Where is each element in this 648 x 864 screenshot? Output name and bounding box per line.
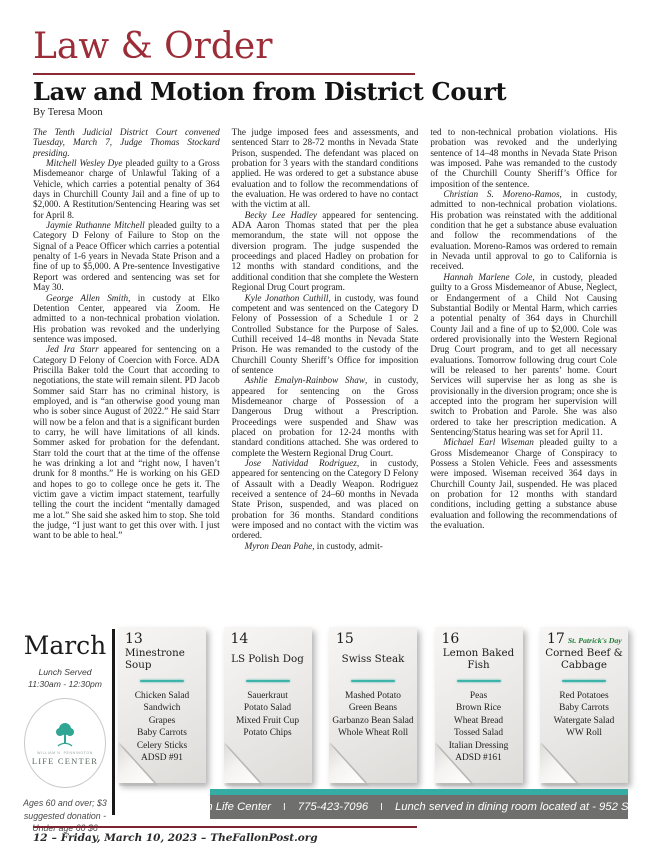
article-paragraph: Ashlie Emalyn-Rainbow Shaw, in custody, … [232,375,419,458]
defendant-name: Kyle Jonathon Cuthill [245,293,329,303]
ad-vertical-divider [112,629,115,815]
menu-item: Mashed Potato [332,690,414,702]
menu-item: Peas [438,690,520,702]
menu-items: SauerkrautPotato SaladMixed Fruit CupPot… [224,690,312,770]
contact-name: Pennington Life Center [155,801,271,813]
menu-item: Tossed Salad [438,727,520,739]
menu-card-header: 13 [118,627,206,647]
menu-item: Green Beans [332,702,414,714]
tree-icon [52,721,78,749]
defendant-name: Christian S. Moreno-Ramos [443,189,559,199]
defendant-name: Jaymie Ruthanne Mitchell [46,220,145,230]
menu-card-header: 14 [224,627,312,647]
menu-items: PeasBrown RiceWheat BreadTossed SaladIta… [435,690,523,794]
menu-items: Mashed PotatoGreen BeansGarbanzo Bean Sa… [329,690,417,770]
menu-item: Red Potatoes [543,690,625,702]
ad-pricing-note: Ages 60 and over; $3 suggested donation … [20,797,110,834]
menu-item: Brown Rice [438,702,520,714]
footer-rule [33,826,417,828]
menu-item: Chicken Salad Sandwich [121,690,203,715]
menu-card-header: 16 [435,627,523,647]
menu-item: Mixed Fruit Cup [227,715,309,727]
logo-small-text: WILLIAM N. PENNINGTON [37,751,93,755]
defendant-name: Hannah Marlene Cole [443,272,532,282]
article-paragraph: Jaymie Ruthanne Mitchell pleaded guilty … [33,220,220,292]
menu-item: WW Roll [543,727,625,739]
menu-card: 13Minestrone SoupChicken Salad SandwichG… [118,627,206,783]
defendant-name: Myron Dean Pahe [245,541,313,551]
menu-day-special: St. Patrick's Day [568,636,622,645]
defendant-name: Becky Lee Hadley [245,210,317,220]
menu-card: 16Lemon Baked FishPeasBrown RiceWheat Br… [435,627,523,783]
menu-card: 15Swiss SteakMashed PotatoGreen BeansGar… [329,627,417,783]
ad-month-title: March [20,631,110,660]
article-headline: Law and Motion from District Court [33,77,506,106]
article-column-2: The judge imposed fees and assessments, … [232,127,419,551]
menu-item: Sauerkraut [227,690,309,702]
menu-item: Italian Dressing [438,740,520,752]
article-paragraph: George Allen Smith, in custody at Elko D… [33,293,220,345]
article-paragraph: Kyle Jonathon Cuthill, in custody, was f… [232,293,419,376]
menu-item: ADSD #91 [121,752,203,764]
menu-item: ADSD #161 [438,752,520,764]
section-divider-rule [33,73,415,75]
menu-day-number: 14 [231,631,249,647]
life-center-logo: WILLIAM N. PENNINGTON Life Center [24,698,106,788]
newspaper-page: Law & Order Law and Motion from District… [0,0,648,864]
defendant-name: Ashlie Emalyn-Rainbow Shaw [245,375,365,385]
menu-cards: 13Minestrone SoupChicken Salad SandwichG… [118,627,628,787]
contact-separator: I [380,802,383,813]
menu-day-number: 13 [125,631,143,647]
contact-location: Lunch served in dining room located at -… [395,801,648,813]
defendant-name: George Allen Smith [46,293,128,303]
article-paragraph: Jed Ira Starr appeared for sentencing on… [33,344,220,541]
menu-card-divider [246,680,290,682]
menu-item: Baby Carrots [543,702,625,714]
logo-name: Life Center [32,756,98,766]
footer-page-number: 12 [33,832,48,844]
contact-separator: I [283,802,286,813]
lunch-menu-ad: March Lunch Served 11:30am - 12:30pm WIL… [20,627,628,819]
defendant-name: Michael Earl Wiseman [443,437,534,447]
menu-items: Red PotatoesBaby CarrotsWatergate SaladW… [540,690,628,770]
defendant-name: Mitchell Wesley Dye [46,158,122,168]
menu-day-title: Minestrone Soup [118,647,206,673]
menu-card-header: 17St. Patrick's Day [540,627,628,647]
ad-info-panel: March Lunch Served 11:30am - 12:30pm WIL… [20,627,110,819]
menu-item: Wheat Bread [438,715,520,727]
article-paragraph: The judge imposed fees and assessments, … [232,127,419,210]
contact-bar: Pennington Life Center I 775-423-7096 I … [210,795,628,819]
menu-card-divider [457,680,501,682]
menu-day-title: Lemon Baked Fish [435,647,523,673]
menu-card-divider [140,680,184,682]
menu-day-number: 15 [336,631,354,647]
menu-card-header: 15 [329,627,417,647]
menu-card: 14LS Polish DogSauerkrautPotato SaladMix… [224,627,312,783]
menu-item: Garbanzo Bean Salad [332,715,414,727]
menu-item: Celery Sticks [121,740,203,752]
footer-date: Friday, March 10, 2023 [61,832,197,844]
article-column-1: The Tenth Judicial District Court conven… [33,127,220,551]
article-paragraph: Hannah Marlene Cole, in custody, pleaded… [430,272,617,438]
section-title: Law & Order [33,28,272,66]
menu-day-title: Corned Beef & Cabbage [540,647,628,673]
menu-item: Watergate Salad [543,715,625,727]
byline: By Teresa Moon [33,107,103,118]
article-paragraph: Mitchell Wesley Dye pleaded guilty to a … [33,158,220,220]
footer-separator: – [52,832,57,844]
article-column-3: ted to non-technical probation violation… [430,127,617,551]
article-paragraph: ted to non-technical probation violation… [430,127,617,189]
article-paragraph: Myron Dean Pahe, in custody, admit- [232,541,419,551]
ad-lunch-times: Lunch Served 11:30am - 12:30pm [20,667,110,690]
footer-separator: – [201,832,206,844]
ad-menu-area: 13Minestrone SoupChicken Salad SandwichG… [118,627,628,819]
menu-card-divider [351,680,395,682]
contact-phone: 775-423-7096 [298,801,368,813]
menu-item: Baby Carrots [121,727,203,739]
article-paragraph: Becky Lee Hadley appeared for sentencing… [232,210,419,293]
defendant-name: Jose Natividad Rodriguez [245,458,357,468]
menu-day-number: 17 [547,631,565,647]
article-paragraph: The Tenth Judicial District Court conven… [33,127,220,158]
menu-day-title: Swiss Steak [329,647,417,673]
ad-lunch-label: Lunch Served [20,667,110,679]
ad-lunch-hours: 11:30am - 12:30pm [20,679,110,691]
page-footer: 12–Friday, March 10, 2023–TheFallonPost.… [33,832,322,844]
menu-item: Potato Chips [227,727,309,739]
footer-site: TheFallonPost.org [210,832,317,844]
menu-items: Chicken Salad SandwichGrapesBaby Carrots… [118,690,206,794]
defendant-name: Jed Ira Starr [46,344,99,354]
article-columns: The Tenth Judicial District Court conven… [33,127,617,551]
menu-item: Potato Salad [227,702,309,714]
menu-card: 17St. Patrick's DayCorned Beef & Cabbage… [540,627,628,783]
article-paragraph: Christian S. Moreno-Ramos, in custody, a… [430,189,617,272]
menu-day-number: 16 [442,631,460,647]
menu-item: Whole Wheat Roll [332,727,414,739]
menu-day-title: LS Polish Dog [224,647,312,673]
article-paragraph: Michael Earl Wiseman pleaded guilty to a… [430,437,617,530]
menu-card-divider [562,680,606,682]
article-paragraph: Jose Natividad Rodriguez, in custody, ap… [232,458,419,541]
menu-item: Grapes [121,715,203,727]
